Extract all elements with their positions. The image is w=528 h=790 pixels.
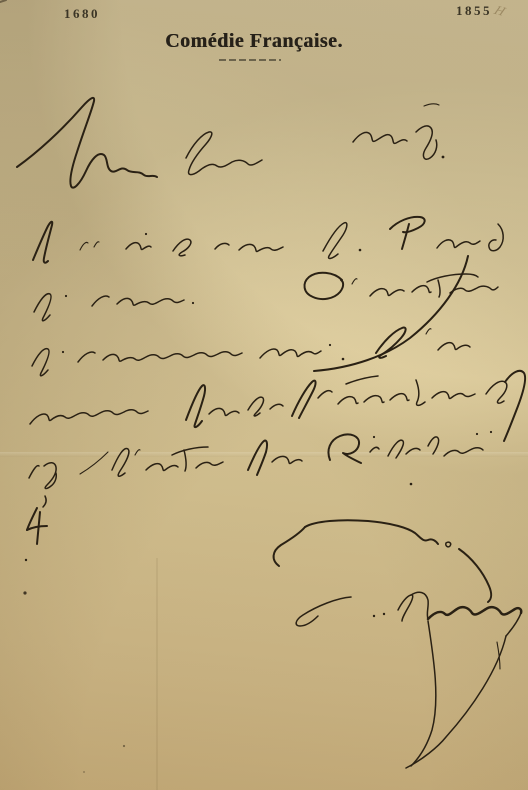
handwriting-salutation [17,98,444,188]
letter-scan-page: 1680 1855 H Comédie Française. [0,0,528,790]
ink-specks [23,591,125,772]
handwriting-body-line-1 [33,217,503,371]
handwriting-layer [0,0,528,790]
handwriting-closing [274,520,492,602]
handwriting-body-line-5 [29,431,492,507]
handwriting-signature [296,592,521,768]
handwriting-body-line-6 [25,508,47,561]
handwriting-body-line-2 [34,273,498,321]
corner-mark [0,0,6,2]
handwriting-body-line-4 [30,371,525,441]
handwriting-body-line-3 [32,328,470,376]
